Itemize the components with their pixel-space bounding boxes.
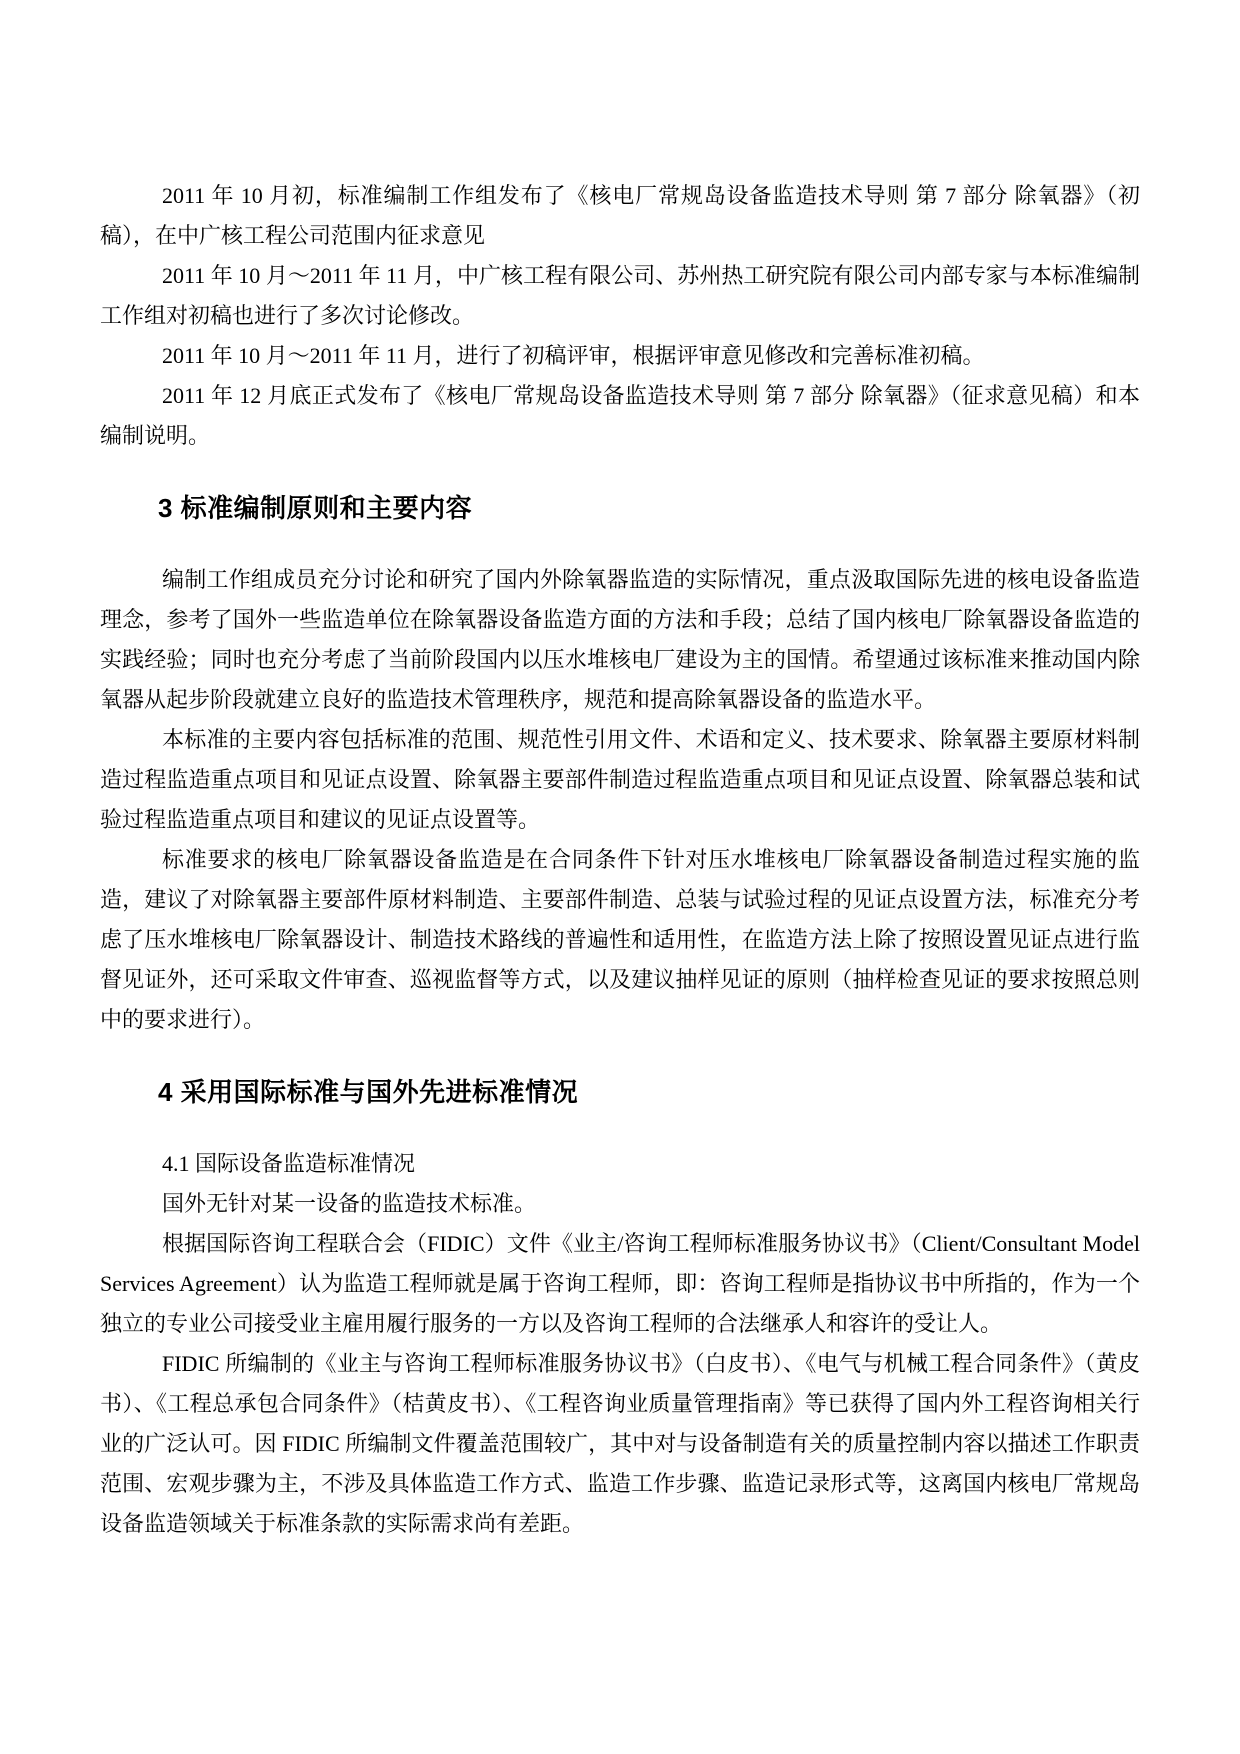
section-heading: 4 采用国际标准与国外先进标准情况 [100,1072,1140,1112]
document-content: 2011 年 10 月初，标准编制工作组发布了《核电厂常规岛设备监造技术导则 第… [100,176,1140,1544]
paragraph: 标准要求的核电厂除氧器设备监造是在合同条件下针对压水堆核电厂除氧器设备制造过程实… [100,840,1140,1040]
paragraph: 编制工作组成员充分讨论和研究了国内外除氧器监造的实际情况，重点汲取国际先进的核电… [100,560,1140,720]
paragraph: 2011 年 12 月底正式发布了《核电厂常规岛设备监造技术导则 第 7 部分 … [100,376,1140,456]
paragraph: 本标准的主要内容包括标准的范围、规范性引用文件、术语和定义、技术要求、除氧器主要… [100,720,1140,840]
paragraph: 4.1 国际设备监造标准情况 [100,1144,1140,1184]
paragraph: FIDIC 所编制的《业主与咨询工程师标准服务协议书》（白皮书）、《电气与机械工… [100,1344,1140,1544]
document-page: 2011 年 10 月初，标准编制工作组发布了《核电厂常规岛设备监造技术导则 第… [0,0,1240,1754]
paragraph: 2011 年 10 月初，标准编制工作组发布了《核电厂常规岛设备监造技术导则 第… [100,176,1140,256]
paragraph: 国外无针对某一设备的监造技术标准。 [100,1184,1140,1224]
paragraph: 2011 年 10 月～2011 年 11 月，中广核工程有限公司、苏州热工研究… [100,256,1140,336]
paragraph: 根据国际咨询工程联合会（FIDIC）文件《业主/咨询工程师标准服务协议书》（Cl… [100,1224,1140,1344]
paragraph: 2011 年 10 月～2011 年 11 月，进行了初稿评审，根据评审意见修改… [100,336,1140,376]
section-heading: 3 标准编制原则和主要内容 [100,488,1140,528]
